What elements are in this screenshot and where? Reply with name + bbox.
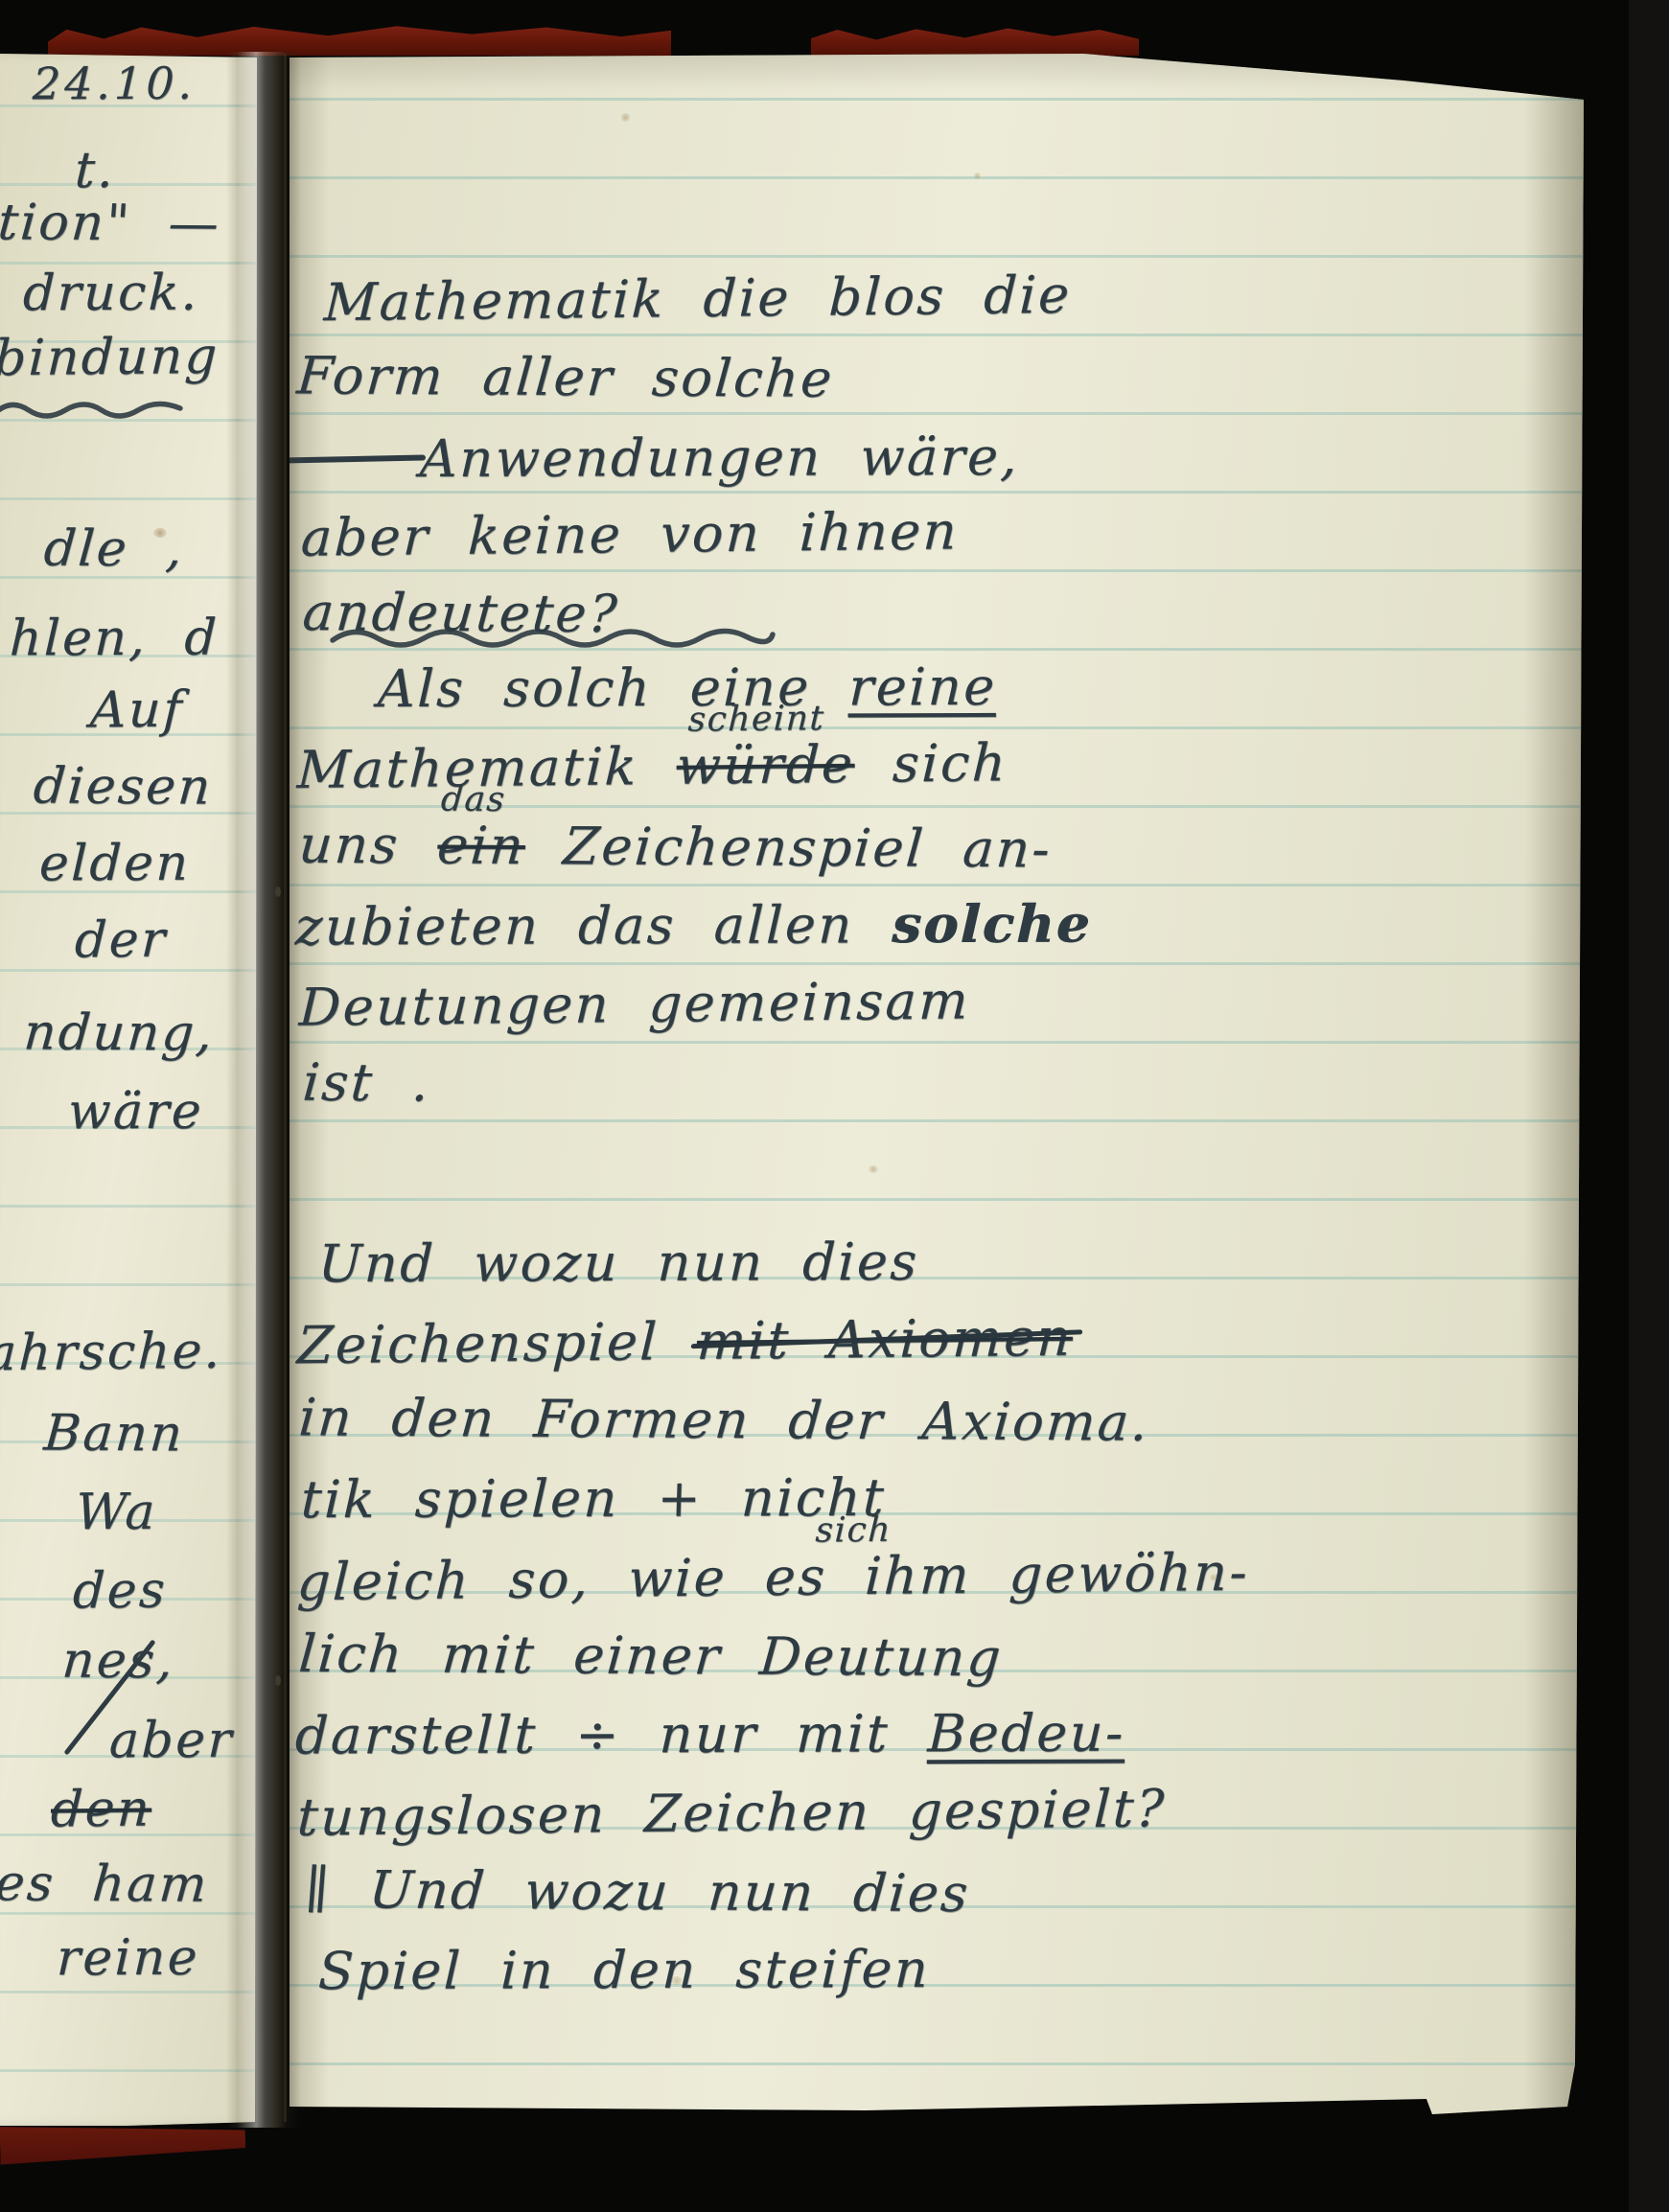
handwritten-fragment-struck: den — [50, 1782, 152, 1837]
inserted-word: scheint — [687, 700, 825, 739]
handwritten-line: gleich so, wie essich ihm gewöhn- — [296, 1544, 1251, 1611]
left-page: 24.10. t. tion" — druck. bindung dle , h… — [0, 54, 257, 2126]
handwritten-fragment: diesen — [32, 759, 215, 815]
handwritten-line: Spiel in den steifen — [317, 1941, 931, 2000]
text-segment: darstellt ÷ nur mit — [294, 1703, 929, 1765]
handwritten-line: lich mit einer Deutung — [297, 1625, 1005, 1687]
handwritten-fragment: Bann — [42, 1407, 187, 1463]
overwritten-word: solche — [891, 893, 1092, 956]
binding-stitch — [275, 1675, 281, 1686]
handwritten-line: Anwendungen wäre, — [419, 428, 1020, 488]
text-segment: ∥ Und wozu nun dies — [303, 1859, 973, 1924]
text-segment: tik spielen + nicht — [300, 1467, 887, 1530]
text-segment: gleich so, wie es — [296, 1546, 828, 1612]
paper-blemish — [621, 113, 630, 122]
paper-blemish — [974, 173, 981, 179]
handwritten-line: tik spielen + nicht — [300, 1469, 887, 1529]
handwritten-fragment: aber — [108, 1714, 235, 1769]
text-segment: uns — [297, 815, 440, 876]
handwritten-line: Mathematik scheintwürde sich — [296, 734, 1009, 798]
handwritten-fragment: elden — [38, 837, 191, 892]
struck-phrase: mit Axiomen — [696, 1307, 1075, 1371]
handwritten-line: ∥ Und wozu nun dies — [303, 1861, 972, 1923]
correction-group: dasein — [435, 815, 527, 876]
handwritten-line: Form aller solche — [295, 347, 836, 407]
handwritten-fragment: der — [73, 912, 168, 968]
handwritten-line: in den Formen der Axioma. — [297, 1389, 1152, 1451]
handwritten-fragment: tion" — — [0, 196, 222, 252]
text-segment: Anwendungen wäre, — [419, 426, 1020, 489]
handwritten-line: zubieten das allen solche — [294, 896, 1093, 956]
scan-edge-strip — [1629, 0, 1669, 2212]
handwritten-line: Deutungen gemeinsam — [298, 972, 972, 1036]
scanned-notebook-spread: 24.10. t. tion" — druck. bindung dle , h… — [0, 0, 1669, 2212]
inserted-word: das — [440, 781, 507, 819]
handwritten-line: uns dasein Zeichenspiel an- — [297, 817, 1055, 878]
handwritten-fragment: reine — [56, 1931, 200, 1987]
struck-word: ein — [435, 815, 527, 876]
date-label: 24.10. — [32, 59, 197, 108]
handwritten-fragment: bindung — [0, 330, 220, 387]
handwritten-fragment: des — [72, 1563, 169, 1619]
cover-spine-top-left — [48, 25, 671, 56]
text-segment: Form aller solche — [295, 345, 837, 408]
text-segment: lich mit einer Deutung — [297, 1624, 1006, 1688]
paper-blemish — [671, 1976, 683, 1985]
handwritten-fragment: wäre — [67, 1085, 204, 1141]
handwritten-fragment: Auf — [89, 682, 185, 738]
inserted-word: sich — [815, 1511, 892, 1550]
text-segment: Mathematik die blos die — [323, 265, 1073, 333]
handwritten-line: darstellt ÷ nur mit Bedeu- — [294, 1704, 1126, 1763]
handwritten-fragment: Wa — [75, 1486, 158, 1540]
text-segment: in den Formen der Axioma. — [297, 1387, 1152, 1452]
handwritten-fragment: druck. — [22, 266, 200, 322]
underlined-word: reine — [847, 657, 997, 718]
wavy-underline — [328, 623, 778, 654]
text-segment: Deutungen gemeinsam — [298, 970, 972, 1037]
handwritten-fragment: es ham — [0, 1856, 211, 1913]
correction-group: scheintwürde — [675, 734, 855, 796]
handwritten-fragment: ahrsche. — [0, 1325, 223, 1382]
paper-blemish — [153, 528, 167, 538]
text-segment: sich — [853, 732, 1008, 795]
underlined-word: Bedeu- — [927, 1702, 1126, 1763]
gutter-crease — [284, 54, 287, 2122]
text-segment: Zeichenspiel an- — [523, 816, 1055, 879]
paper-blemish — [869, 1165, 878, 1173]
text-segment: tungslosen Zeichen gespielt? — [296, 1778, 1168, 1848]
handwritten-line: Mathematik die blos die — [323, 266, 1073, 332]
handwritten-fragment: ndung, — [22, 1005, 217, 1061]
text-segment: zubieten das allen — [294, 894, 892, 956]
handwritten-line: tungslosen Zeichen gespielt? — [296, 1780, 1168, 1846]
handwritten-fragment: hlen, d — [9, 611, 220, 667]
handwritten-line: Und wozu nun dies — [317, 1233, 920, 1293]
cover-spine-top-right — [811, 27, 1139, 56]
text-segment: ihm gewöhn- — [825, 1542, 1250, 1607]
right-page: Mathematik die blos die Form aller solch… — [290, 54, 1586, 2162]
struck-word: den — [50, 1780, 153, 1838]
handwritten-line: Als solch eine reine — [377, 658, 998, 718]
handwritten-line: ist . — [301, 1054, 433, 1112]
binding-stitch — [275, 887, 281, 897]
handwritten-fragment: t. — [73, 144, 116, 199]
handwritten-line: aber keine von ihnen — [300, 502, 961, 566]
text-segment: Spiel in den steifen — [317, 1939, 931, 2001]
struck-word: würde — [675, 734, 855, 796]
handwritten-line: Zeichenspiel mit Axiomen — [296, 1309, 1074, 1374]
text-segment: Und wozu nun dies — [317, 1232, 920, 1294]
text-segment: Zeichenspiel — [296, 1311, 699, 1375]
paper-blemish — [1210, 1574, 1217, 1581]
underline-stroke — [290, 454, 426, 463]
text-segment: ist . — [301, 1052, 433, 1114]
wavy-underline — [0, 397, 194, 424]
text-segment: aber keine von ihnen — [300, 500, 961, 567]
